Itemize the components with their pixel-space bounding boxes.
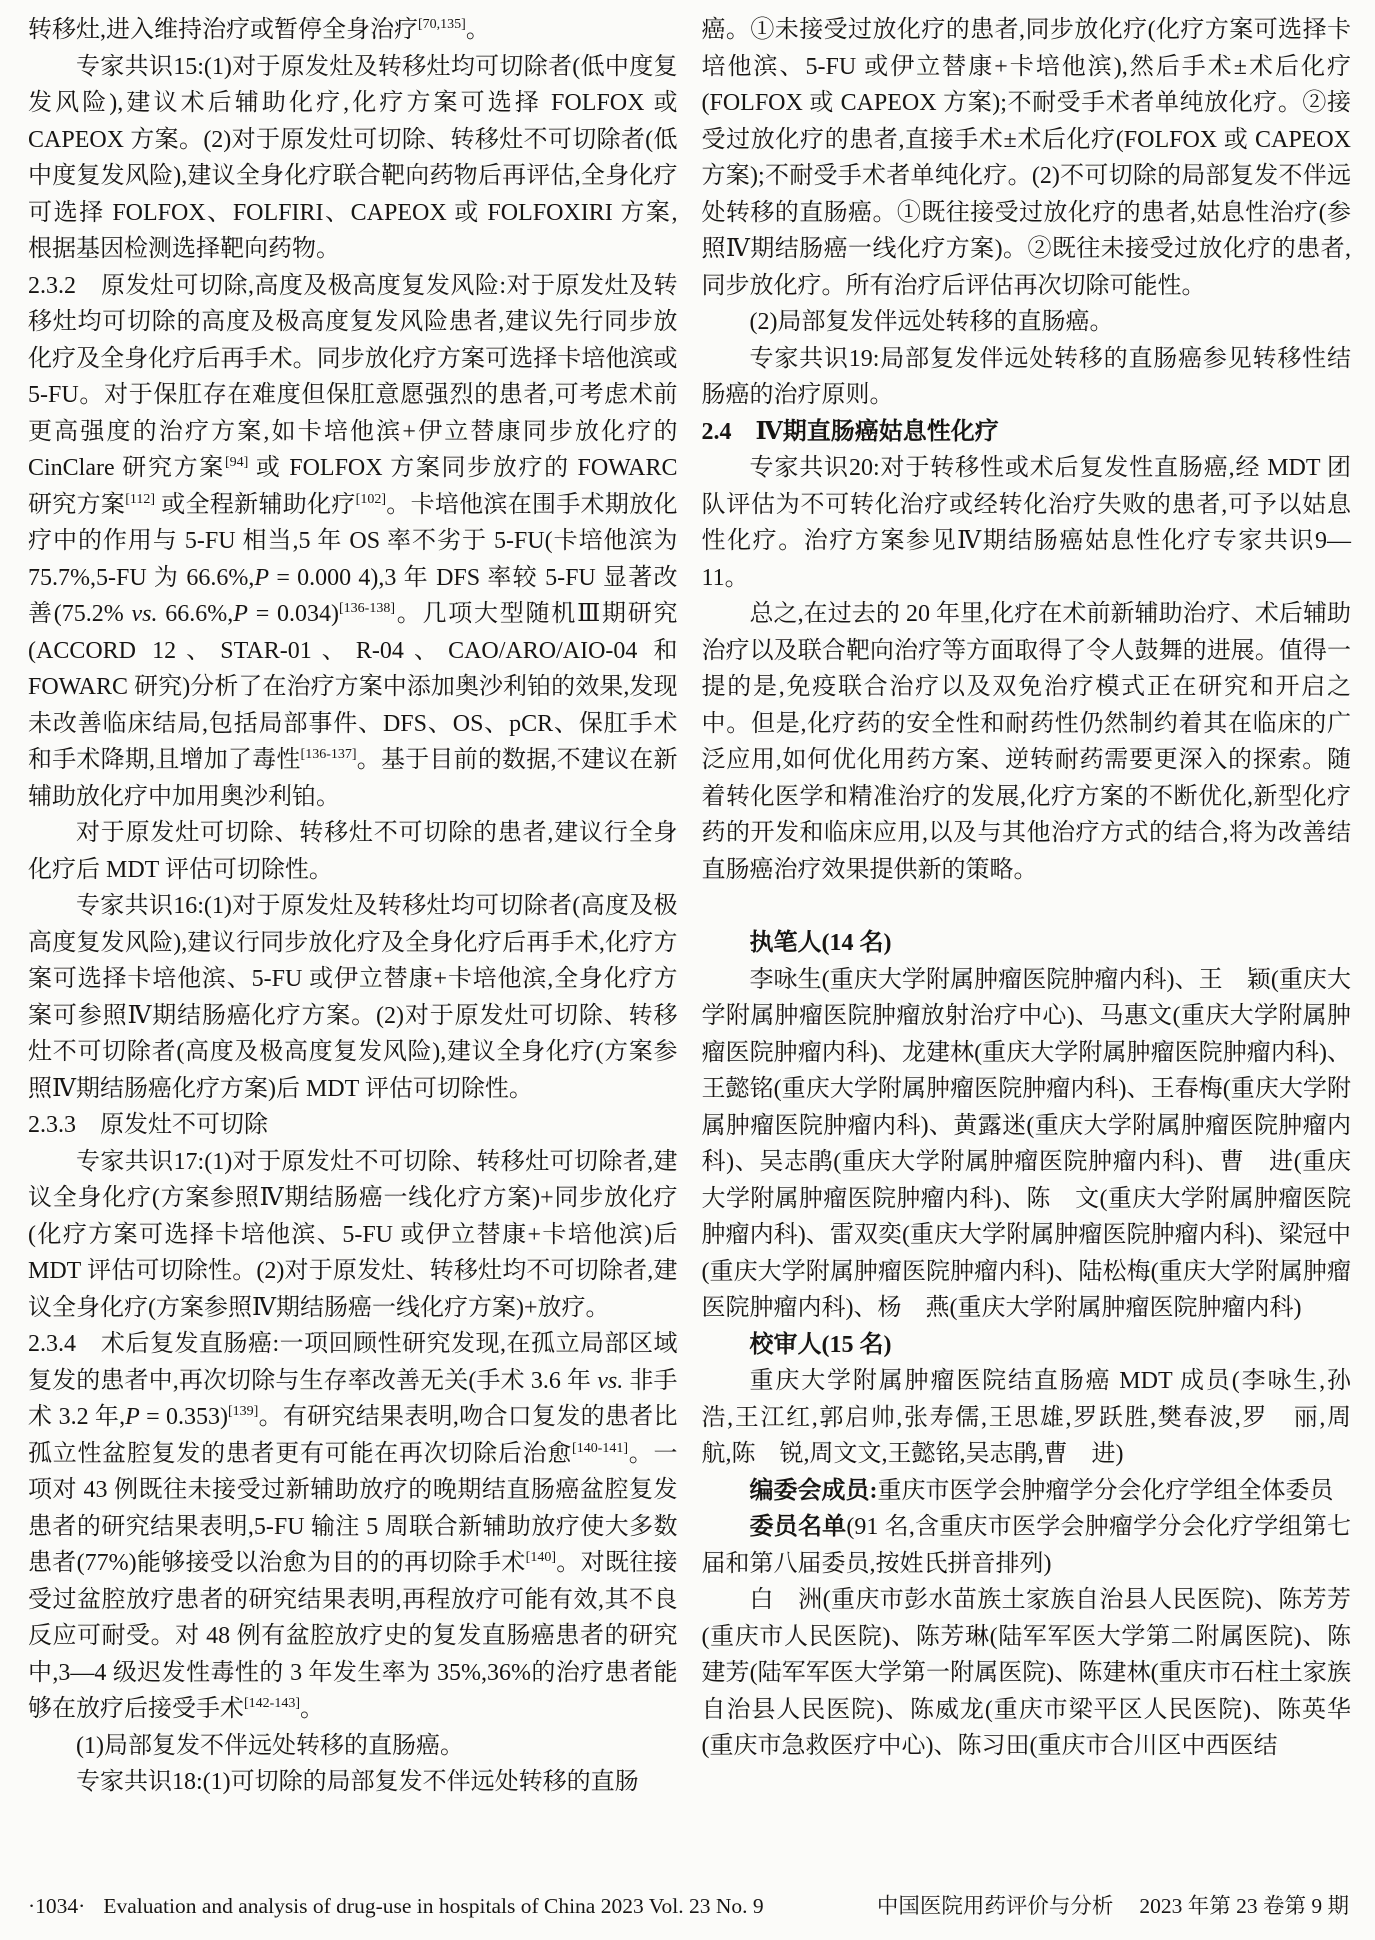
expert-consensus-16: 专家共识16:(1)对于原发灶及转移灶均可切除者(高度及极高度复发风险),建议行… xyxy=(28,888,678,1107)
journal-title-chinese: 中国医院用药评价与分析 xyxy=(877,1892,1114,1920)
right-column: 癌。①未接受过放化疗的患者,同步放化疗(化疗方案可选择卡培他滨、5-FU 或伊立… xyxy=(702,12,1352,1801)
member-list: 白 洲(重庆市彭水苗族土家族自治县人民医院)、陈芳芳(重庆市人民医院)、陈芳琳(… xyxy=(702,1582,1352,1765)
expert-consensus-18: 专家共识18:(1)可切除的局部复发不伴远处转移的直肠 xyxy=(28,1764,678,1801)
journal-title-english: Evaluation and analysis of drug-use in h… xyxy=(103,1892,763,1920)
page-number: ·1034· xyxy=(28,1892,85,1920)
citation-superscript: [102] xyxy=(356,492,386,507)
section-2-3-3: 2.3.3 原发灶不可切除 xyxy=(28,1107,678,1144)
journal-page: 转移灶,进入维持治疗或暂停全身治疗[70,135]。专家共识15:(1)对于原发… xyxy=(0,0,1375,1940)
citation-superscript: [139] xyxy=(228,1404,258,1419)
reviewers-list: 重庆大学附属肿瘤医院结直肠癌 MDT 成员(李咏生,孙 浩,王江红,郭启帅,张寿… xyxy=(702,1363,1352,1473)
summary-paragraph: 总之,在过去的 20 年里,化疗在术前新辅助治疗、术后辅助治疗以及联合靶向治疗等… xyxy=(702,596,1352,888)
expert-consensus-19: 专家共识19:局部复发伴远处转移的直肠癌参见转移性结肠癌的治疗原则。 xyxy=(702,341,1352,414)
expert-consensus-15: 专家共识15:(1)对于原发灶及转移灶均可切除者(低中度复发风险),建议术后辅助… xyxy=(28,49,678,268)
section-2-3-4: 2.3.4 术后复发直肠癌:一项回顾性研究发现,在孤立局部区域复发的患者中,再次… xyxy=(28,1326,678,1728)
section-2-4-heading: 2.4 Ⅳ期直肠癌姑息性化疗 xyxy=(702,414,1352,451)
issue-info: 2023 年第 23 卷第 9 期 xyxy=(1139,1892,1349,1920)
continuation-paragraph: 转移灶,进入维持治疗或暂停全身治疗[70,135]。 xyxy=(28,12,678,49)
citation-superscript: [136-137] xyxy=(301,747,357,762)
two-column-body: 转移灶,进入维持治疗或暂停全身治疗[70,135]。专家共识15:(1)对于原发… xyxy=(28,12,1351,1801)
expert-consensus-20: 专家共识20:对于转移性或术后复发性直肠癌,经 MDT 团队评估为不可转化治疗或… xyxy=(702,450,1352,596)
footer-left: ·1034· Evaluation and analysis of drug-u… xyxy=(28,1892,764,1920)
citation-superscript: [94] xyxy=(225,455,248,470)
citation-superscript: [136-138] xyxy=(339,601,395,616)
page-footer: ·1034· Evaluation and analysis of drug-u… xyxy=(28,1892,1349,1920)
expert-consensus-17: 专家共识17:(1)对于原发灶不可切除、转移灶可切除者,建议全身化疗(方案参照Ⅳ… xyxy=(28,1144,678,1327)
citation-superscript: [140-141] xyxy=(572,1441,628,1456)
left-column: 转移灶,进入维持治疗或暂停全身治疗[70,135]。专家共识15:(1)对于原发… xyxy=(28,12,678,1801)
reviewers-heading: 校审人(15 名) xyxy=(702,1327,1352,1364)
authors-heading: 执笔人(14 名) xyxy=(702,925,1352,962)
member-list-note: 委员名单(91 名,含重庆市医学会肿瘤学分会化疗学组第七届和第八届委员,按姓氏拼… xyxy=(702,1509,1352,1582)
list-item-recurrence-metastasis: (2)局部复发伴远处转移的直肠癌。 xyxy=(702,304,1352,341)
editorial-board: 编委会成员:重庆市医学会肿瘤学分会化疗学组全体委员 xyxy=(702,1473,1352,1510)
authors-list: 李咏生(重庆大学附属肿瘤医院肿瘤内科)、王 颖(重庆大学附属肿瘤医院肿瘤放射治疗… xyxy=(702,962,1352,1327)
citation-superscript: [112] xyxy=(125,492,155,507)
footer-right: 中国医院用药评价与分析 2023 年第 23 卷第 9 期 xyxy=(877,1892,1349,1920)
list-item-local-recurrence: (1)局部复发不伴远处转移的直肠癌。 xyxy=(28,1728,678,1765)
continuation-paragraph: 癌。①未接受过放化疗的患者,同步放化疗(化疗方案可选择卡培他滨、5-FU 或伊立… xyxy=(702,12,1352,304)
section-2-3-2: 2.3.2 原发灶可切除,高度及极高度复发风险:对于原发灶及转移灶均可切除的高度… xyxy=(28,268,678,816)
citation-superscript: [70,135] xyxy=(418,17,466,32)
citation-superscript: [142-143] xyxy=(244,1696,300,1711)
paragraph-mdt-evaluation: 对于原发灶可切除、转移灶不可切除的患者,建议行全身化疗后 MDT 评估可切除性。 xyxy=(28,815,678,888)
citation-superscript: [140] xyxy=(526,1550,556,1565)
